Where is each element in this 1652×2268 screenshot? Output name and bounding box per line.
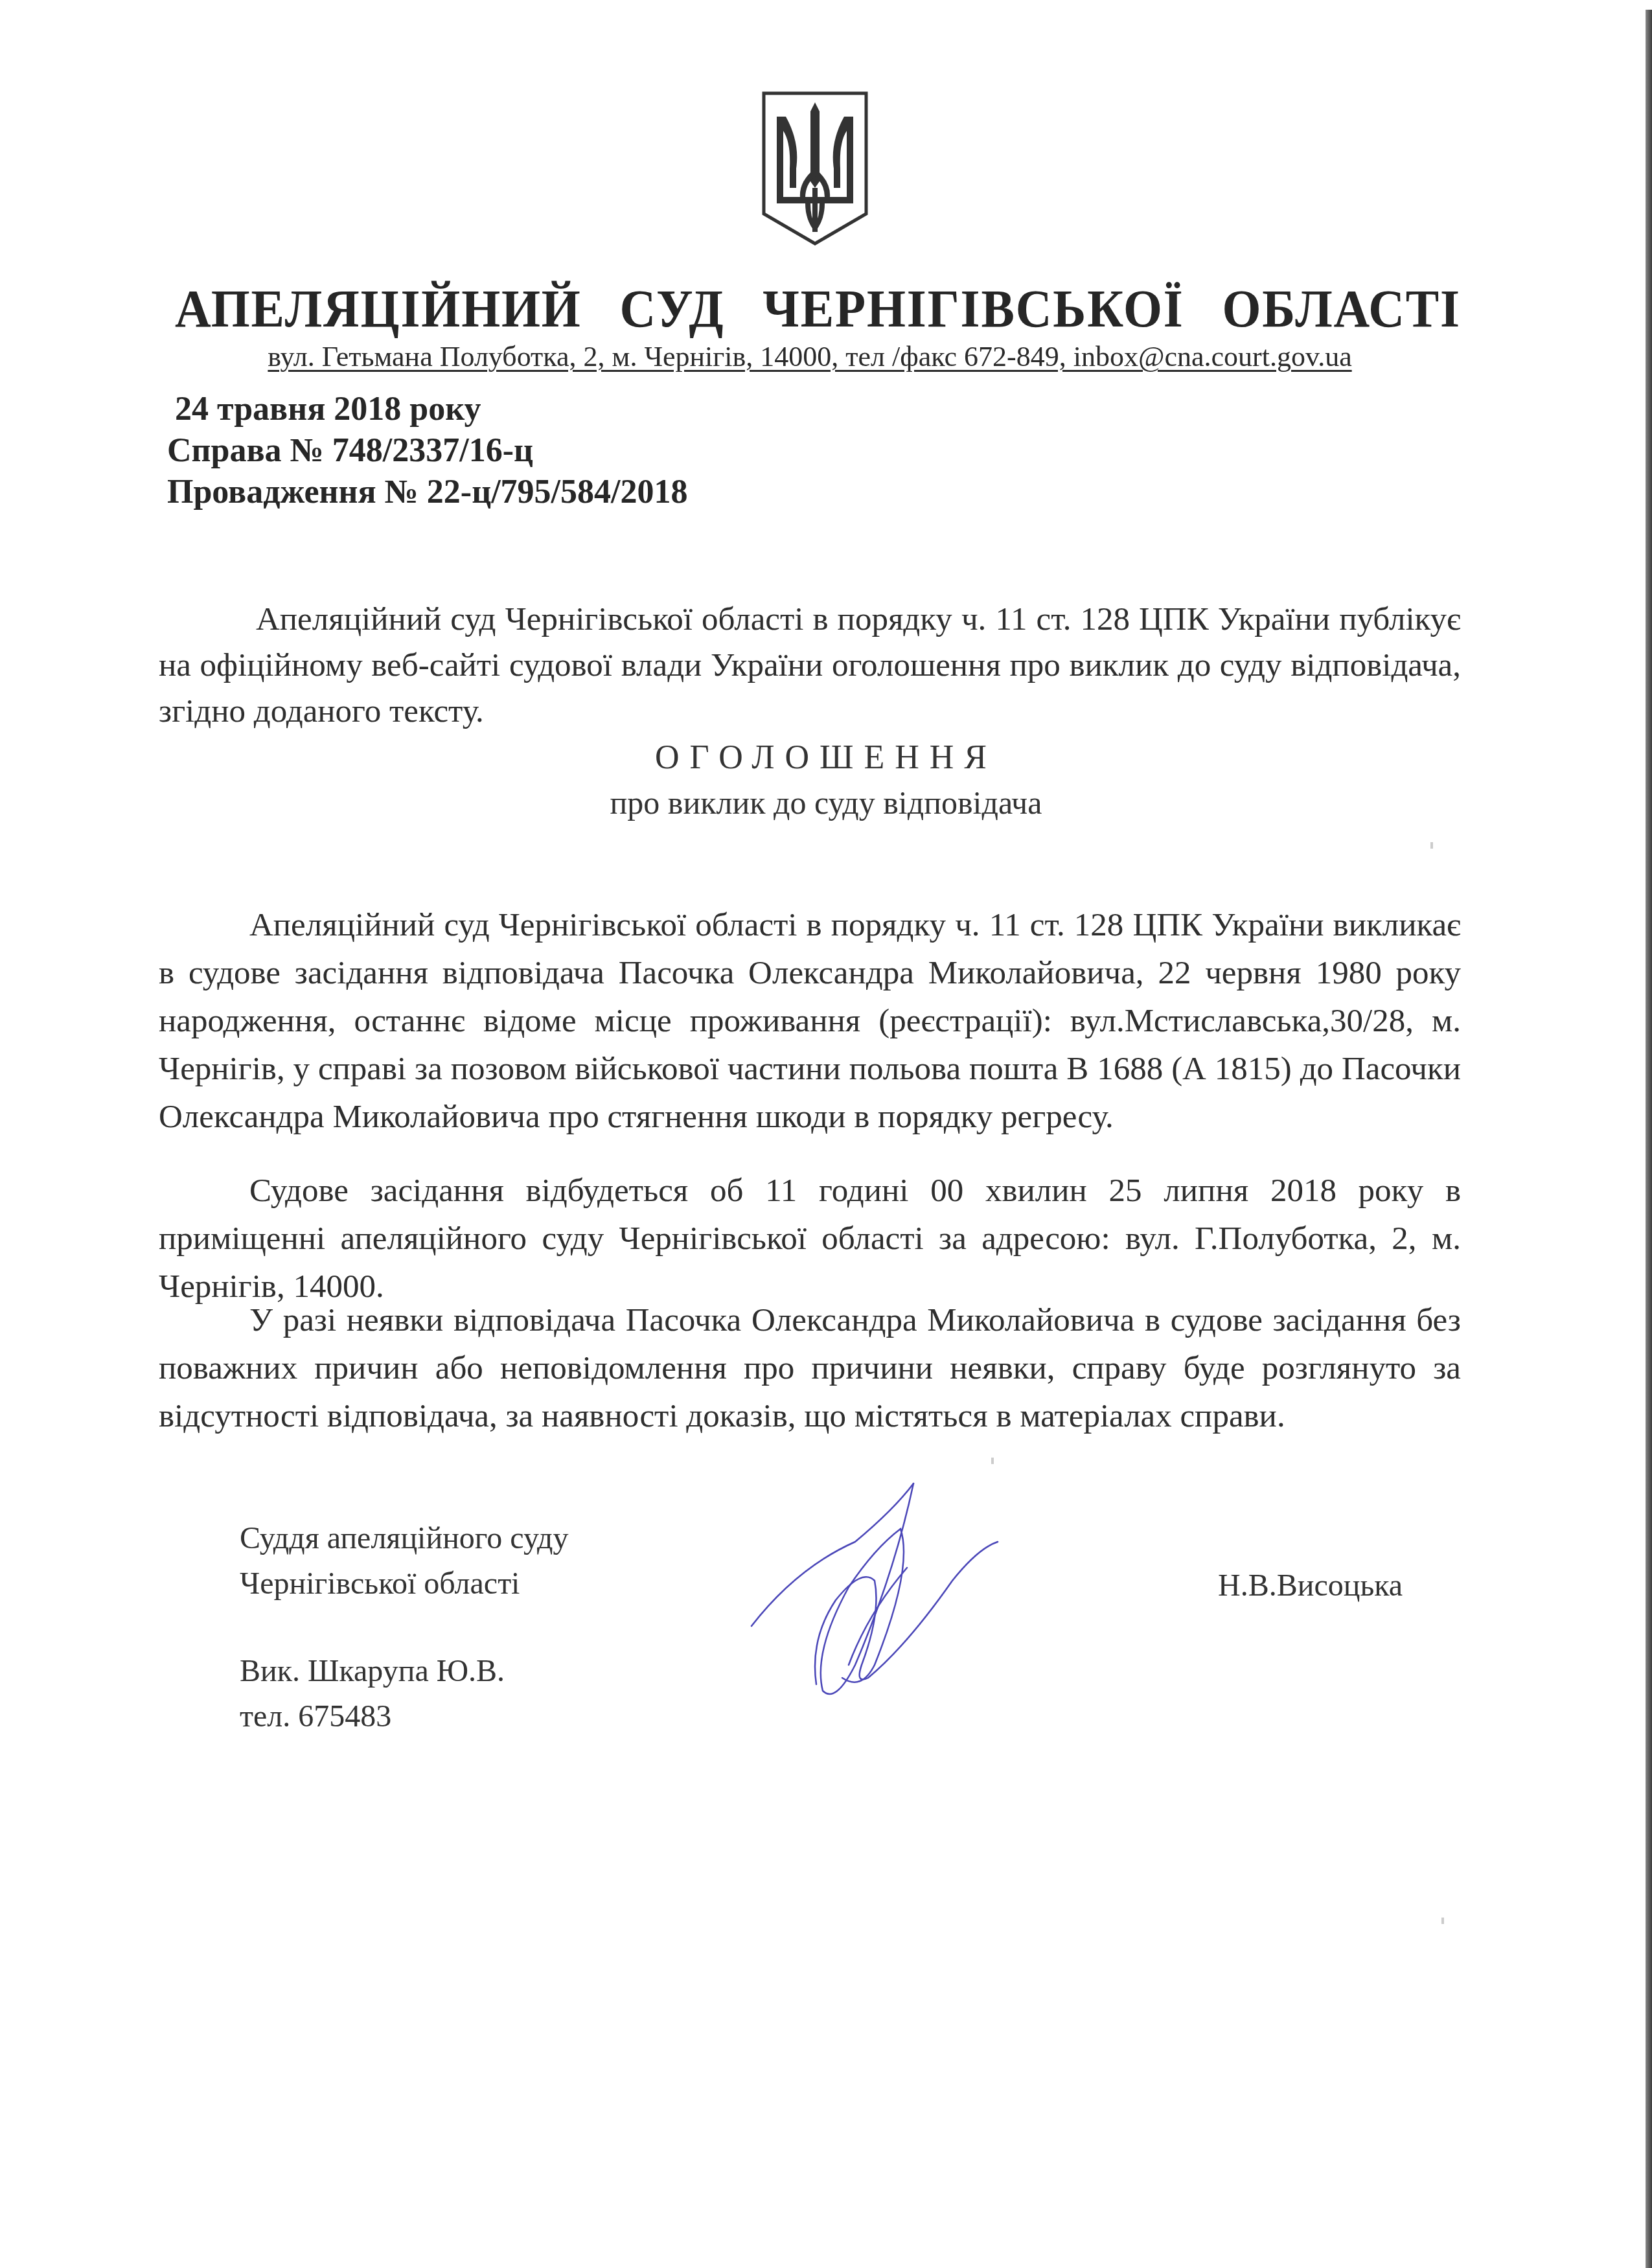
judge-position: Суддя апеляційного суду Чернігівської об… bbox=[240, 1516, 568, 1607]
document-date: 24 травня 2018 року bbox=[167, 389, 688, 430]
scan-speck bbox=[1441, 1918, 1444, 1924]
document-meta: 24 травня 2018 року Справа № 748/2337/16… bbox=[167, 389, 688, 513]
executor-phone: тел. 675483 bbox=[240, 1694, 505, 1739]
coat-of-arms-icon bbox=[760, 91, 870, 246]
case-number: Справа № 748/2337/16-ц bbox=[167, 430, 688, 472]
court-address: вул. Гетьмана Полуботка, 2, м. Чернігів,… bbox=[188, 340, 1432, 373]
executor-block: Вик. Шкарупа Ю.В. тел. 675483 bbox=[240, 1649, 505, 1739]
executor-name: Вик. Шкарупа Ю.В. bbox=[240, 1649, 505, 1694]
court-name-heading: АПЕЛЯЦІЙНИЙ СУД ЧЕРНІГІВСЬКОЇ ОБЛАСТІ bbox=[175, 279, 1393, 339]
notice-paragraph-absence: У разі неявки відповідача Пасочка Олекса… bbox=[159, 1296, 1461, 1440]
scan-speck bbox=[1430, 842, 1433, 849]
scan-border-edge bbox=[1646, 10, 1652, 2268]
intro-paragraph: Апеляційний суд Чернігівської області в … bbox=[159, 597, 1461, 735]
proceeding-number: Провадження № 22-ц/795/584/2018 bbox=[167, 472, 688, 513]
handwritten-signature-icon bbox=[745, 1471, 1095, 1717]
notice-title: ОГОЛОШЕННЯ bbox=[0, 739, 1652, 777]
judge-position-line2: Чернігівської області bbox=[240, 1561, 568, 1607]
judge-name: Н.В.Висоцька bbox=[1218, 1568, 1403, 1603]
judge-position-line1: Суддя апеляційного суду bbox=[240, 1516, 568, 1561]
notice-subtitle: про виклик до суду відповідача bbox=[0, 784, 1652, 821]
notice-paragraph-summons: Апеляційний суд Чернігівської області в … bbox=[159, 901, 1461, 1141]
scan-speck bbox=[991, 1458, 994, 1464]
notice-paragraph-hearing: Судове засідання відбудеться об 11 годин… bbox=[159, 1167, 1461, 1311]
